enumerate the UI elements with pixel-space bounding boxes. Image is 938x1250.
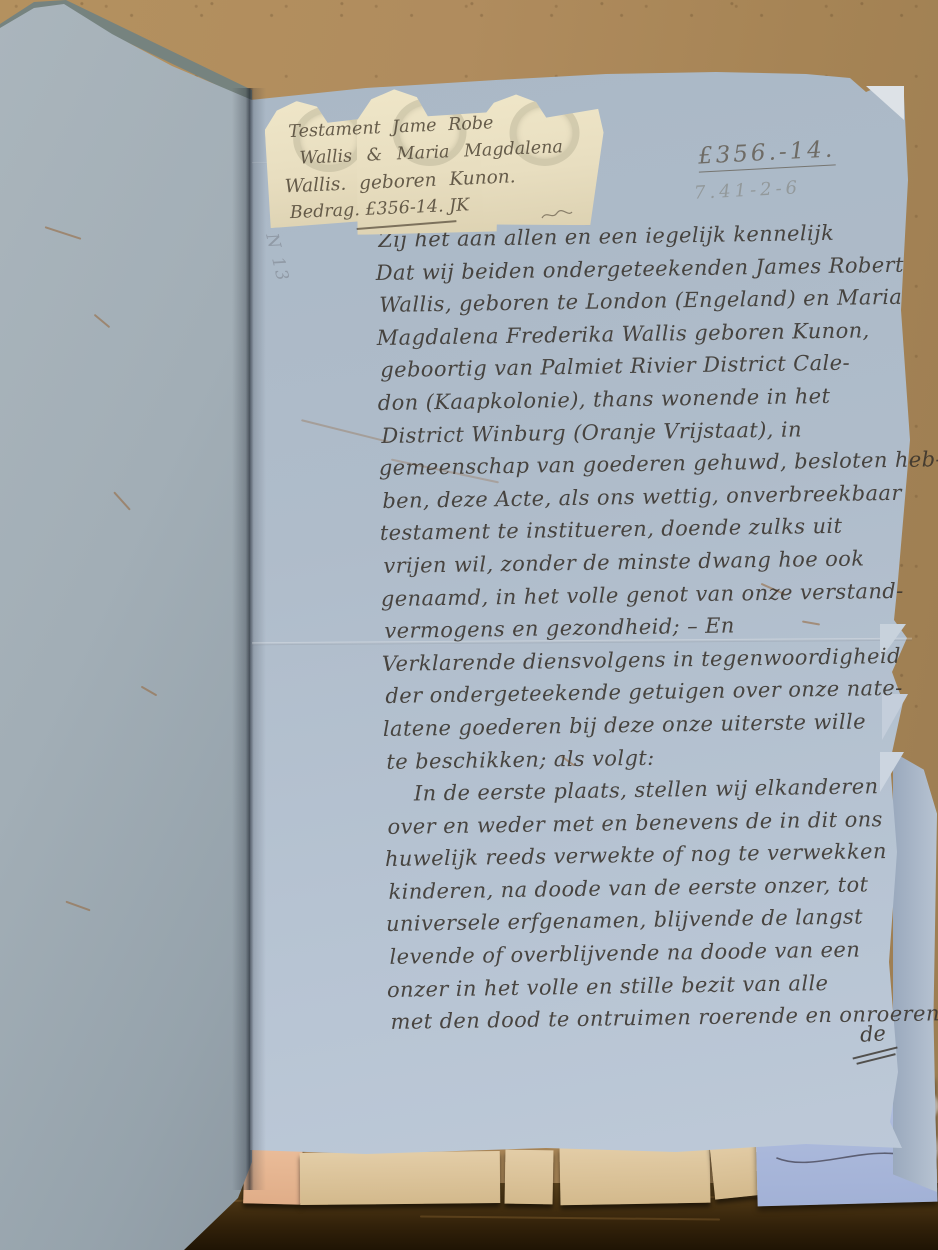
photograph-of-manuscript: Zij het aan allen en een iegelijk kennel… [0,0,938,1250]
page-edge-tab [505,1150,554,1205]
page-edge-tab [560,1145,711,1206]
page-edge-tab [300,1151,501,1205]
tiny-scribble [540,208,574,222]
dog-ear-fold [866,86,904,120]
wood-grain [420,1215,720,1220]
manuscript-text-block: Zij het aan allen en een iegelijk kennel… [378,215,938,1039]
left-page [0,0,252,1250]
book-gutter [232,88,266,1190]
catchword: de [859,1021,886,1047]
